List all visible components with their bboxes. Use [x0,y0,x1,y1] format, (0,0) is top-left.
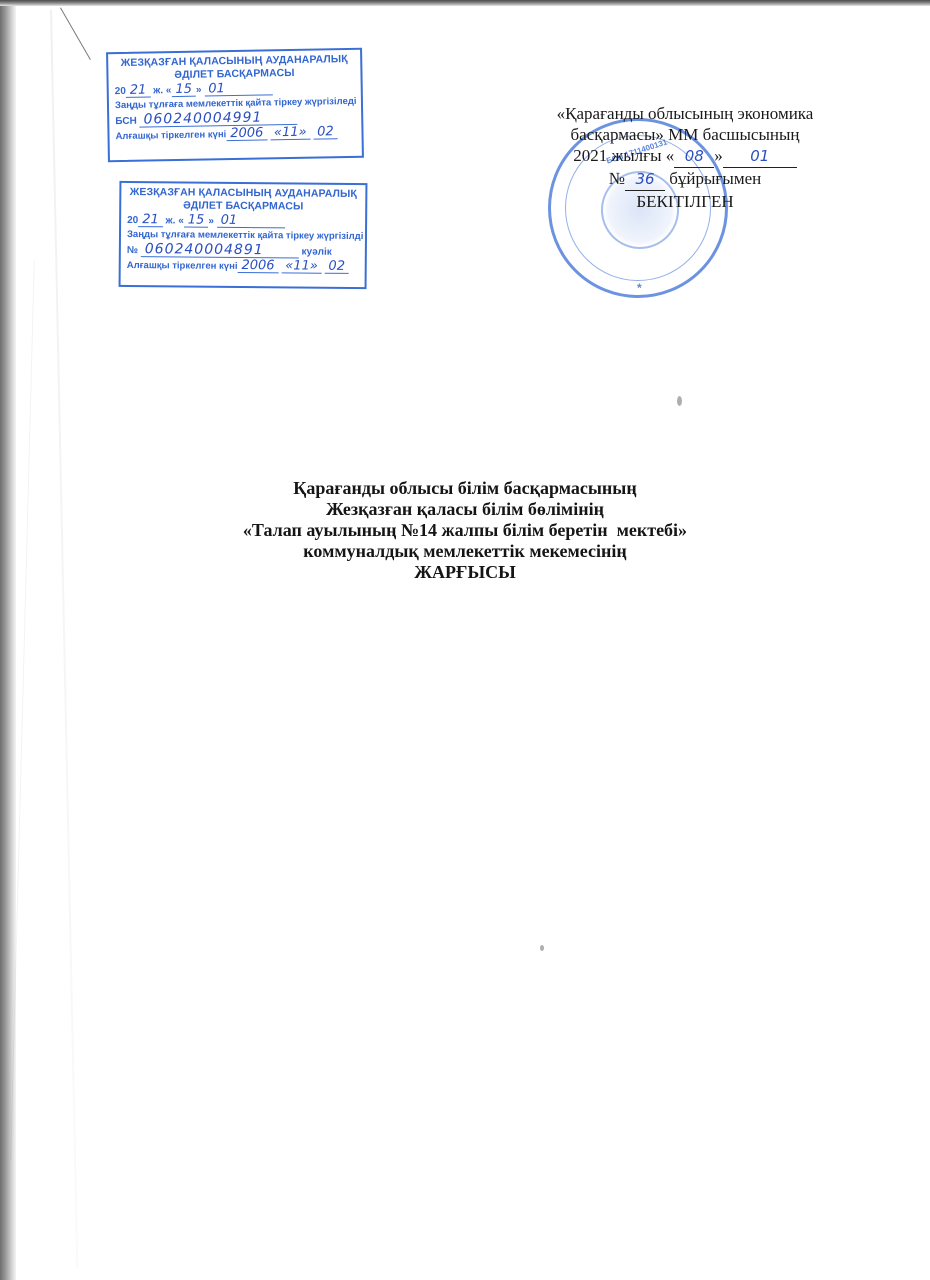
approved-label: БЕКІТІЛГЕН [520,191,850,212]
approval-order-line: №36 бұйрығымен [520,168,850,191]
handwritten-first-reg-day: «11» [270,126,311,141]
handwritten-month: 01 [217,214,285,229]
stamp-first-reg-row: Алғашқы тіркелген күні2006 «11» 02 [127,258,359,274]
stamp-header-line: ӘДІЛЕТ БАСҚАРМАСЫ [127,199,359,214]
handwritten-first-reg-day: «11» [281,259,322,273]
title-charter-word: ЖАРҒЫСЫ [0,562,930,583]
scan-speck [677,396,682,406]
handwritten-approval-day: 08 [685,147,704,165]
corner-crease [60,8,91,60]
handwritten-first-reg-year: 2006 [237,259,278,273]
registration-stamp-2: ЖЕЗҚАЗҒАН ҚАЛАСЫНЫҢ АУДАНАРАЛЫҚ ӘДІЛЕТ Б… [119,181,368,289]
handwritten-year: 21 [126,84,151,98]
handwritten-approval-month: 01 [750,147,769,165]
first-reg-label: Алғашқы тіркелген күні [115,129,226,142]
first-reg-label: Алғашқы тіркелген күні [127,260,238,272]
stamp-date-row: 2021 ж. «15» 01 [127,213,359,230]
title-line: коммуналдық мемлекеттік мекемесінің [0,541,930,562]
year-prefix: 20 [127,215,138,226]
handwritten-first-reg-month: 02 [324,260,349,274]
handwritten-day: 15 [184,214,209,228]
title-line: Қарағанды облысы білім басқармасының [0,478,930,499]
stamp-first-reg-row: Алғашқы тіркелген күні2006 «11» 02 [115,125,355,143]
document-title: Қарағанды облысы білім басқармасының Жез… [0,478,930,583]
order-number-label: № [609,169,625,188]
approval-day-blank: 08 [674,145,714,168]
scan-speck [540,945,544,951]
approval-quote-close: » [714,146,723,165]
year-prefix: 20 [115,86,126,97]
day-close: » [208,216,214,227]
title-line: «Талап ауылының №14 жалпы білім беретін … [0,520,930,541]
id-label: БСН [115,115,137,126]
stamp-header: ЖЕЗҚАЗҒАН ҚАЛАСЫНЫҢ АУДАНАРАЛЫҚ ӘДІЛЕТ Б… [114,53,354,83]
approval-line: басқармасы» ММ басшысының [520,124,850,145]
approval-year-text: 2021 жылғы « [573,146,674,165]
page-fold-line [50,10,78,1270]
stamp-header: ЖЕЗҚАЗҒАН ҚАЛАСЫНЫҢ АУДАНАРАЛЫҚ ӘДІЛЕТ Б… [127,186,359,214]
stamp-header-line: ЖЕЗҚАЗҒАН ҚАЛАСЫНЫҢ АУДАНАРАЛЫҚ [127,186,359,201]
handwritten-first-reg-month: 02 [313,125,338,139]
handwritten-first-reg-year: 2006 [226,127,267,142]
scan-left-edge [0,0,16,1280]
approval-month-blank: 01 [723,145,797,168]
handwritten-year: 21 [138,213,163,227]
handwritten-order-number: 36 [635,170,654,188]
id-label: № [127,245,138,256]
registration-stamp-1: ЖЕЗҚАЗҒАН ҚАЛАСЫНЫҢ АУДАНАРАЛЫҚ ӘДІЛЕТ Б… [106,48,364,162]
handwritten-day: 15 [171,83,196,97]
stamp-id-row: № 060240004891 куәлік [127,242,359,260]
handwritten-id: 060240004891 [141,242,299,258]
year-label: ж. « [153,85,171,96]
approval-line: «Қарағанды облысының экономика [520,103,850,124]
title-line: Жезқазған қаласы білім бөлімінің [0,499,930,520]
seal-star-icon: * [637,281,642,295]
year-label: ж. « [166,216,184,227]
approval-date-line: 2021 жылғы «08»01 [520,145,850,168]
scan-top-edge [0,0,930,6]
id-suffix: куәлік [302,246,332,257]
approval-block: «Қарағанды облысының экономика басқармас… [520,103,850,212]
order-number-blank: 36 [625,168,665,191]
order-suffix: бұйрығымен [669,169,761,188]
day-close: » [196,85,202,96]
handwritten-month: 01 [204,82,272,97]
